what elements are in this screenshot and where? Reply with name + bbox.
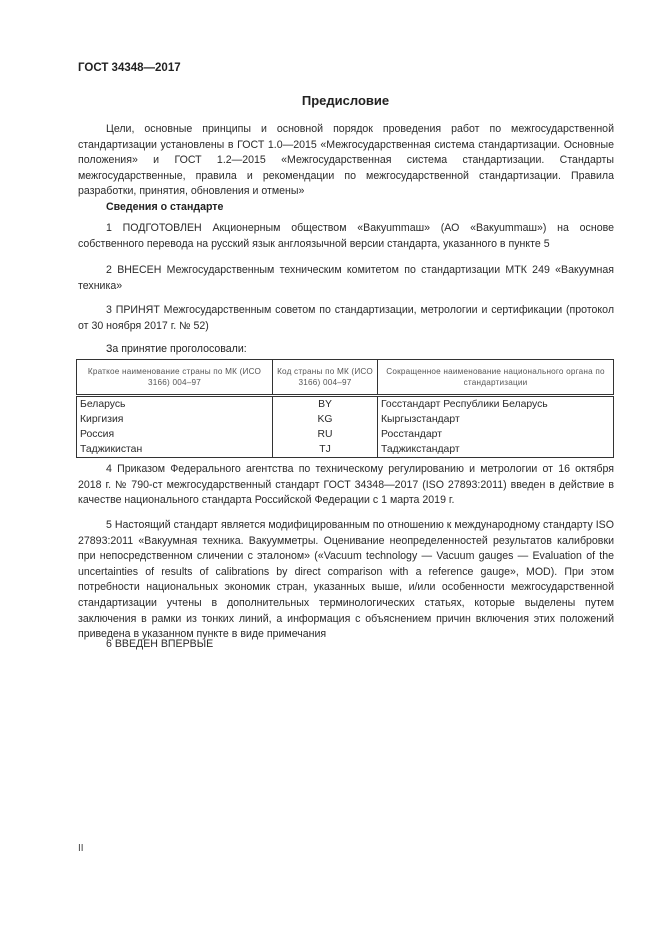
voting-label: За принятие проголосовали: bbox=[106, 343, 247, 355]
table-row: Беларусь BY Госстандарт Республики Белар… bbox=[77, 396, 614, 413]
cell-country: Россия bbox=[77, 427, 273, 442]
intro-text: Цели, основные принципы и основной поряд… bbox=[78, 123, 614, 197]
section-heading: Сведения о стандарте bbox=[106, 201, 223, 213]
header-country: Краткое наименование страны по МК (ИСО 3… bbox=[77, 360, 273, 396]
header-code: Код страны по МК (ИСО 3166) 004–97 bbox=[273, 360, 378, 396]
cell-body: Таджикстандарт bbox=[378, 442, 614, 458]
item-1: 1 ПОДГОТОВЛЕН Акционерным обществом «Вак… bbox=[78, 221, 614, 252]
item-1-text: 1 ПОДГОТОВЛЕН Акционерным обществом «Вак… bbox=[78, 222, 614, 250]
table-row: Киргизия KG Кыргызстандарт bbox=[77, 412, 614, 427]
item-6-text: 6 ВВЕДЕН ВПЕРВЫЕ bbox=[106, 638, 213, 650]
cell-body: Росстандарт bbox=[378, 427, 614, 442]
table-header-row: Краткое наименование страны по МК (ИСО 3… bbox=[77, 360, 614, 396]
table-row: Россия RU Росстандарт bbox=[77, 427, 614, 442]
table-row: Таджикистан TJ Таджикстандарт bbox=[77, 442, 614, 458]
header-body: Сокращенное наименование национального о… bbox=[378, 360, 614, 396]
document-id: ГОСТ 34348—2017 bbox=[78, 62, 181, 74]
cell-code: RU bbox=[273, 427, 378, 442]
cell-country: Киргизия bbox=[77, 412, 273, 427]
item-6: 6 ВВЕДЕН ВПЕРВЫЕ bbox=[78, 637, 614, 653]
voting-table: Краткое наименование страны по МК (ИСО 3… bbox=[76, 359, 614, 458]
item-4-text: 4 Приказом Федерального агентства по тех… bbox=[78, 463, 614, 506]
item-5-text: 5 Настоящий стандарт является модифициро… bbox=[78, 519, 614, 640]
item-3-text: 3 ПРИНЯТ Межгосударственным советом по с… bbox=[78, 304, 614, 332]
item-4: 4 Приказом Федерального агентства по тех… bbox=[78, 462, 614, 509]
item-3: 3 ПРИНЯТ Межгосударственным советом по с… bbox=[78, 303, 614, 334]
item-5: 5 Настоящий стандарт является модифициро… bbox=[78, 518, 614, 643]
cell-country: Таджикистан bbox=[77, 442, 273, 458]
cell-country: Беларусь bbox=[77, 396, 273, 413]
cell-code: TJ bbox=[273, 442, 378, 458]
item-2: 2 ВНЕСЕН Межгосударственным техническим … bbox=[78, 263, 614, 294]
cell-body: Госстандарт Республики Беларусь bbox=[378, 396, 614, 413]
page-title: Предисловие bbox=[0, 93, 661, 108]
intro-paragraph: Цели, основные принципы и основной поряд… bbox=[78, 122, 614, 200]
page-number: II bbox=[78, 843, 84, 854]
item-2-text: 2 ВНЕСЕН Межгосударственным техническим … bbox=[78, 264, 614, 292]
cell-code: KG bbox=[273, 412, 378, 427]
cell-body: Кыргызстандарт bbox=[378, 412, 614, 427]
cell-code: BY bbox=[273, 396, 378, 413]
